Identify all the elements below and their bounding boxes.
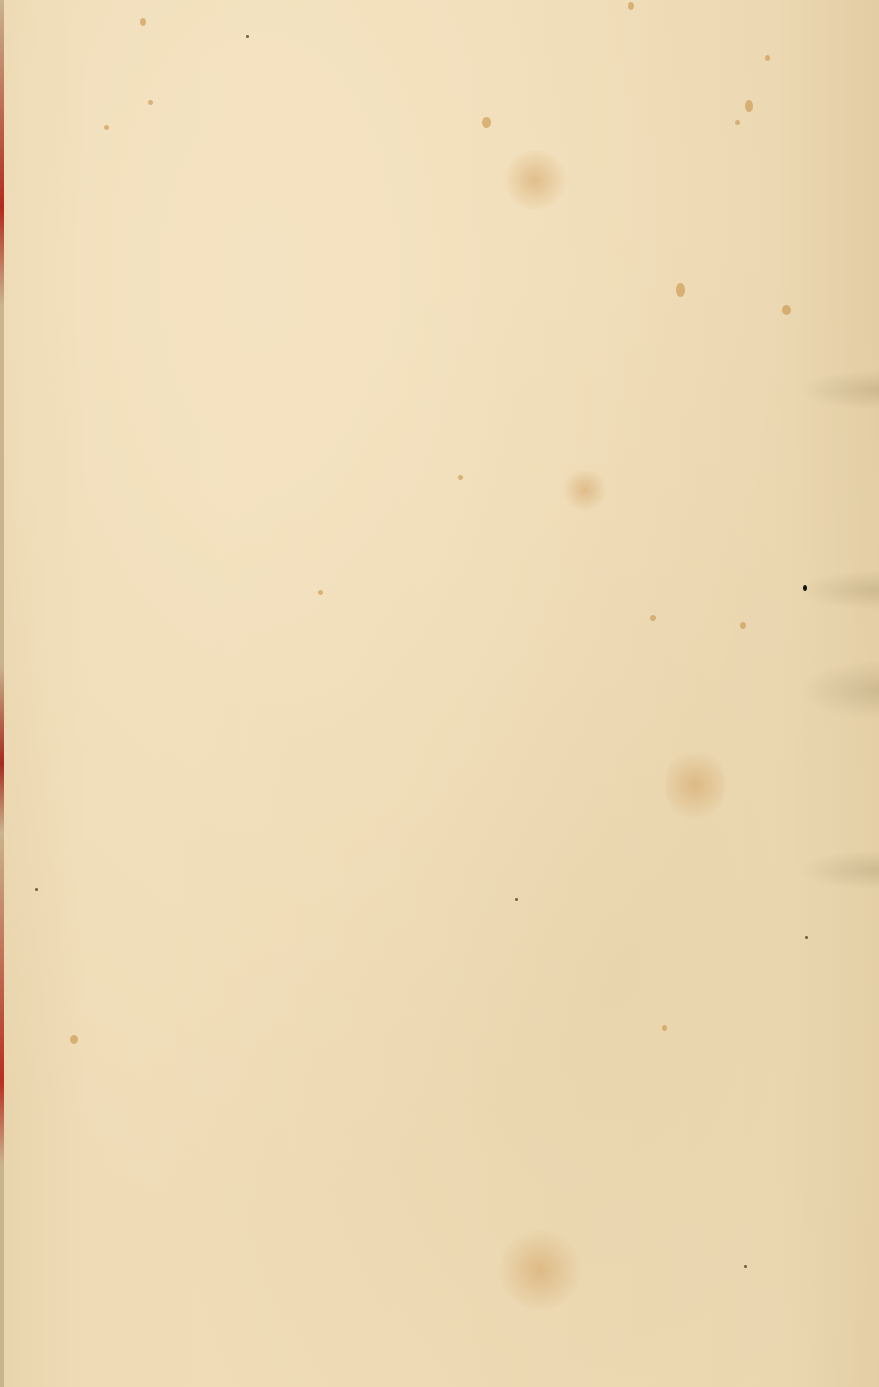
page-fold (799, 370, 879, 410)
foxing-stain (458, 475, 463, 480)
foxing-stain (782, 305, 791, 315)
binding-edge (0, 0, 4, 1387)
foxing-stain (500, 150, 570, 210)
ink-speck (246, 35, 249, 38)
foxing-stain (650, 615, 656, 621)
foxing-stain (740, 622, 746, 629)
foxing-stain (495, 1230, 585, 1310)
ink-speck (805, 936, 808, 939)
page-fold (799, 660, 879, 720)
foxing-stain (628, 2, 634, 10)
document-page: ​ (0, 0, 879, 1387)
foxing-stain (662, 1025, 667, 1031)
foxing-stain (745, 100, 753, 112)
foxing-stain (148, 100, 153, 105)
foxing-stain (318, 590, 323, 595)
foxing-stain (735, 120, 740, 125)
foxing-stain (104, 125, 109, 130)
foxing-stain (70, 1035, 78, 1044)
foxing-stain (140, 18, 146, 26)
foxing-stain (482, 117, 491, 128)
page-fold (799, 850, 879, 890)
foxing-stain (560, 470, 610, 510)
ink-speck (744, 1265, 747, 1268)
ink-speck (803, 585, 807, 591)
page-fold (799, 570, 879, 610)
foxing-stain (665, 745, 725, 825)
ink-speck (515, 898, 518, 901)
foxing-stain (765, 55, 770, 61)
ink-speck (35, 888, 38, 891)
foxing-stain (676, 283, 685, 297)
